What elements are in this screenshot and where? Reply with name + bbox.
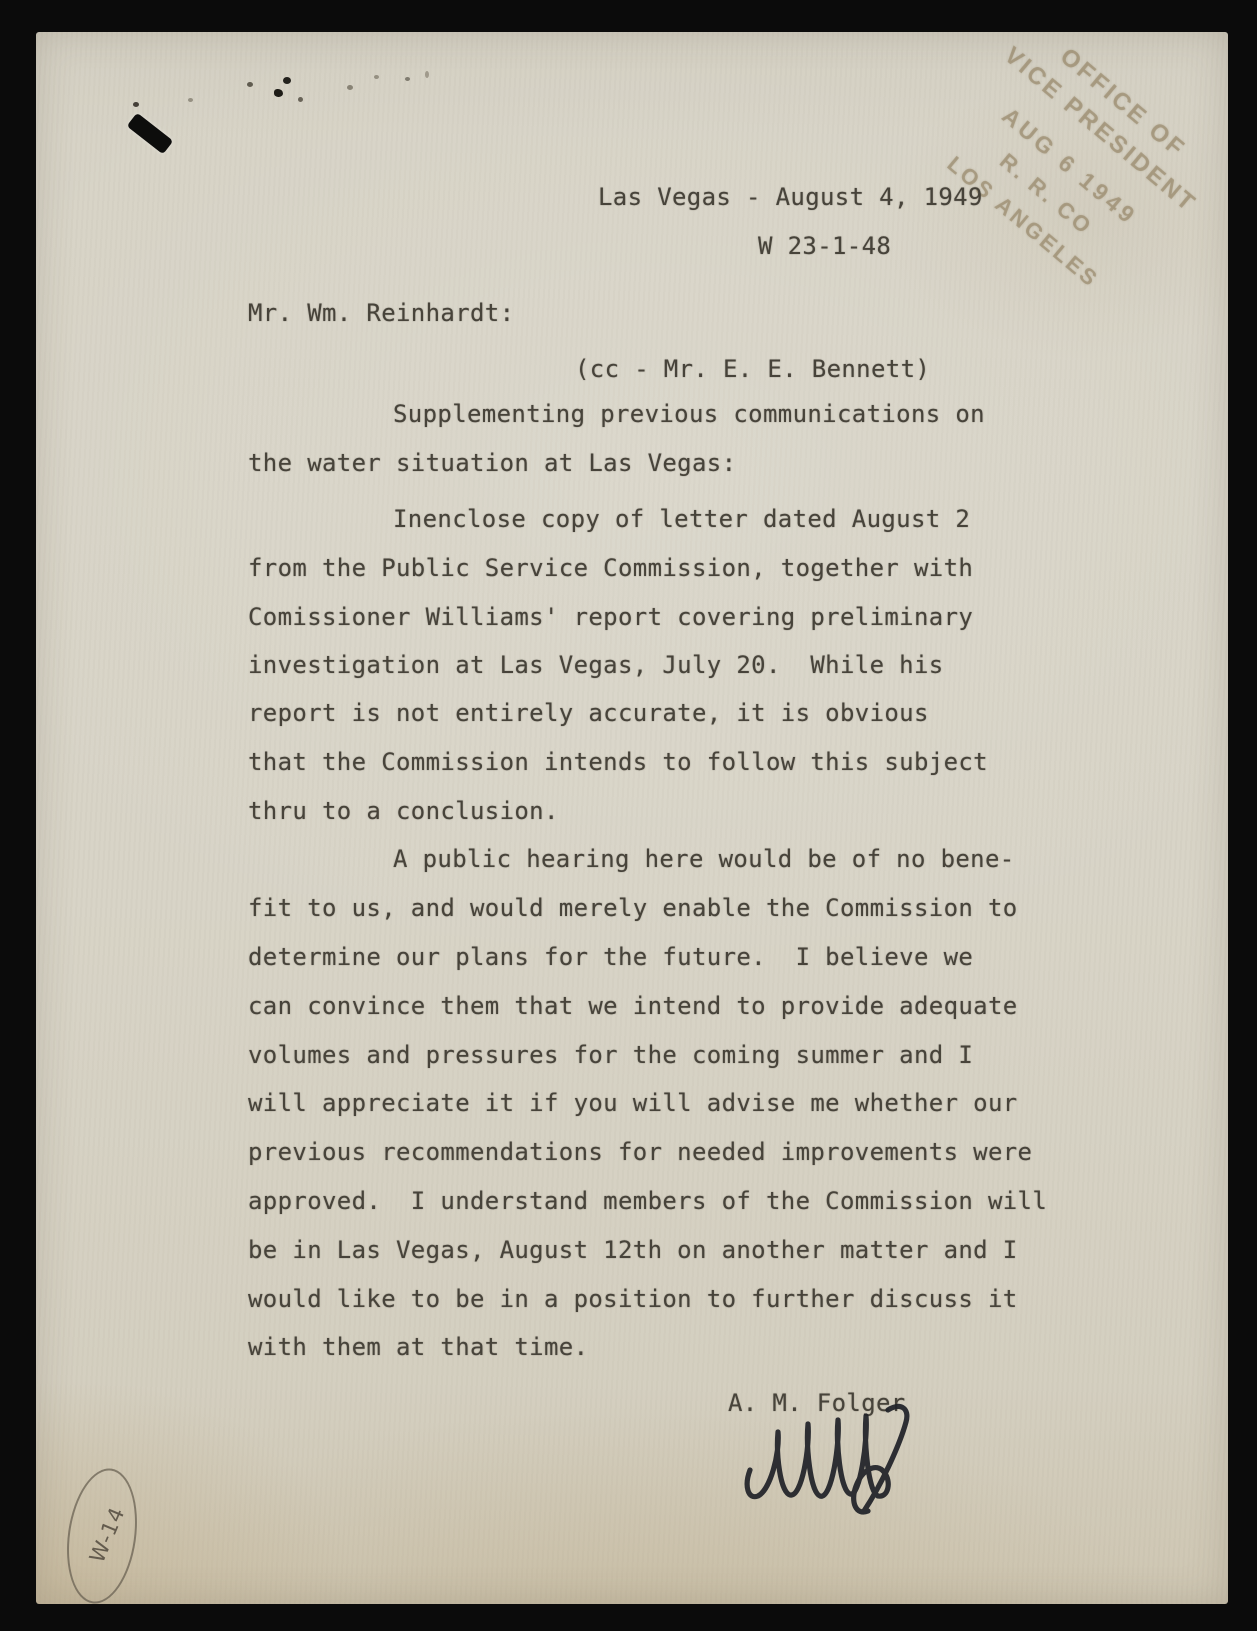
- typed-line: that the Commission intends to follow th…: [248, 749, 988, 775]
- typed-line: approved. I understand members of the Co…: [248, 1188, 1047, 1214]
- typed-line: Supplementing previous communications on: [393, 401, 985, 427]
- typed-line: would like to be in a position to furthe…: [248, 1286, 1018, 1312]
- typed-line: the water situation at Las Vegas:: [248, 450, 736, 476]
- typed-line: A public hearing here would be of no ben…: [393, 846, 1015, 872]
- typed-line: volumes and pressures for the coming sum…: [248, 1042, 973, 1068]
- pin-hole: [274, 89, 283, 97]
- scanned-letter-page: { "letter": { "dateline": "Las Vegas - A…: [0, 0, 1257, 1631]
- pin-hole: [298, 97, 303, 102]
- typed-line: from the Public Service Commission, toge…: [248, 555, 973, 581]
- typed-line: Inenclose copy of letter dated August 2: [393, 506, 970, 532]
- letter-paper: OFFICE OF VICE PRESIDENT AUG 6 1949 R. R…: [36, 32, 1228, 1604]
- pin-hole: [283, 77, 291, 84]
- pin-hole: [133, 102, 139, 107]
- typed-line: Comissioner Williams' report covering pr…: [248, 604, 973, 630]
- pencil-circle-annotation: W-14: [59, 1464, 145, 1608]
- pin-hole: [425, 71, 429, 78]
- typed-line: will appreciate it if you will advise me…: [248, 1090, 1018, 1116]
- typed-line: with them at that time.: [248, 1334, 588, 1360]
- typed-line: determine our plans for the future. I be…: [248, 944, 973, 970]
- cc-line: (cc - Mr. E. E. Bennett): [575, 356, 930, 382]
- punched-slot: [127, 113, 174, 155]
- pin-hole: [374, 75, 379, 79]
- reference-number: W 23-1-48: [758, 233, 891, 259]
- pin-hole: [405, 77, 410, 81]
- typed-line: fit to us, and would merely enable the C…: [248, 895, 1018, 921]
- typed-line: thru to a conclusion.: [248, 798, 559, 824]
- typed-line: be in Las Vegas, August 12th on another …: [248, 1237, 1018, 1263]
- pencil-note-text: W-14: [85, 1503, 130, 1566]
- dateline: Las Vegas - August 4, 1949: [598, 184, 983, 210]
- pin-hole: [347, 85, 353, 90]
- typed-line: previous recommendations for needed impr…: [248, 1139, 1032, 1165]
- pin-hole: [247, 82, 253, 87]
- salutation: Mr. Wm. Reinhardt:: [248, 300, 514, 326]
- pin-hole: [188, 98, 193, 102]
- typed-line: investigation at Las Vegas, July 20. Whi…: [248, 652, 944, 678]
- typed-line: can convince them that we intend to prov…: [248, 993, 1018, 1019]
- typed-line: report is not entirely accurate, it is o…: [248, 700, 929, 726]
- handwritten-signature: [736, 1398, 926, 1528]
